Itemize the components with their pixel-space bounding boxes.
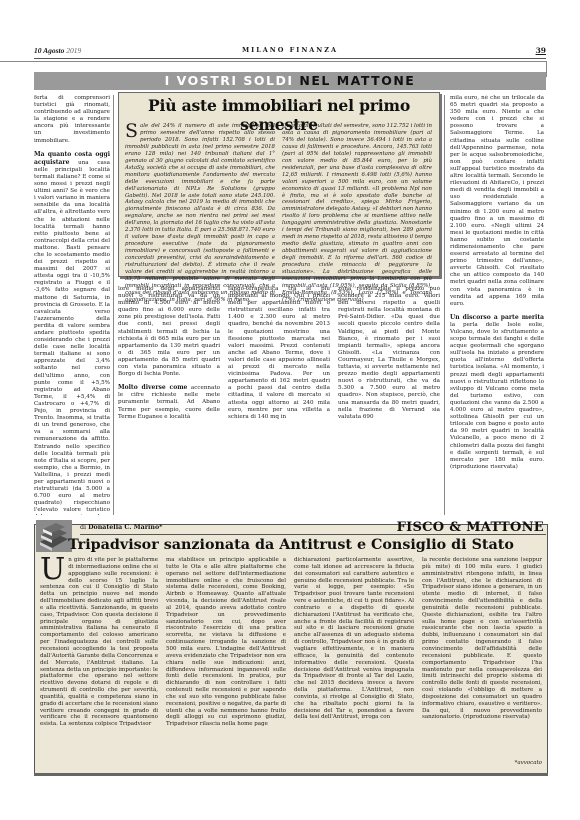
section-banner-part1: I VOSTRI SOLDI — [165, 73, 294, 88]
article-box-column-1: Sale del 24% il numero di aste immobilia… — [125, 123, 275, 304]
drop-cap: S — [125, 124, 138, 139]
paragraph: Un discorso a parte merita la perla dell… — [450, 314, 544, 471]
section-banner-part2: NEL MATTONE — [299, 73, 415, 88]
paragraph-lead: Molto diverse come — [118, 384, 187, 391]
section-rule — [80, 534, 546, 535]
frame-rule — [546, 61, 547, 77]
article2-column-2: ma stabilisce un principio applicabile a… — [166, 557, 286, 769]
paragraph: zona residenziale il prezzo può scendere… — [338, 286, 440, 421]
paragraph: lore medio degli appartamenti nuovi o ri… — [118, 286, 220, 378]
main-article-column-mid-a: lore medio degli appartamenti nuovi o ri… — [118, 286, 220, 516]
column-rule — [444, 95, 445, 515]
main-article-column-right: mila euro, né che un trilocale da 65 met… — [450, 95, 544, 515]
column-rule — [113, 95, 114, 515]
byline-prefix: di — [80, 524, 86, 531]
article2-column-3: dichiarazioni particolarmente assertive,… — [294, 557, 414, 769]
main-article-column-mid-c: zona residenziale il prezzo può scendere… — [338, 286, 440, 516]
main-article-column-left: ferta di comprensori turistici già rinom… — [34, 95, 110, 515]
paragraph-text: ma stabilisce un principio applicabile a… — [166, 557, 286, 727]
running-header: 10 Agosto 2019 MILANO FINANZA 39 — [34, 44, 546, 59]
author-signature: *avvocato — [422, 760, 542, 767]
paragraph: mila euro, né che un trilocale da 65 met… — [450, 95, 544, 308]
page-number: 39 — [536, 46, 546, 55]
article2-column-4: la recente decisione una sanzione (seppu… — [422, 557, 542, 761]
paragraph-text: ale del 24% il numero di aste immobiliar… — [125, 123, 275, 303]
article2-column-1: Un giro di vite per le piattaforme di in… — [40, 557, 158, 769]
article-title: Tripadvisor sanzionata da Antitrust e Co… — [34, 537, 548, 553]
paragraph-text: dichiarazioni particolarmente assertive,… — [294, 557, 414, 720]
section-kicker: FISCO & MATTONE — [397, 520, 544, 535]
paragraph: fango-terapeutica tra le più importanti … — [228, 286, 330, 421]
paragraph: ferta di comprensori turistici già rinom… — [34, 95, 110, 145]
paragraph: Molto diverse come accennato le cifre ri… — [118, 384, 220, 420]
section-banner: I VOSTRI SOLDI NEL MATTONE — [34, 72, 546, 90]
paragraph-text: Quanto ai risultati del semestre, sono 1… — [282, 123, 432, 303]
author-name: Donatella C. Marino* — [88, 524, 162, 531]
paragraph: Ma quanto costa oggi acquistare una casa… — [34, 151, 110, 515]
main-article-column-mid-b: fango-terapeutica tra le più importanti … — [228, 286, 330, 516]
article-box-aste: Più aste immobiliari nel primo semestre … — [118, 92, 440, 277]
frame-rule — [0, 61, 546, 62]
byline: di Donatella C. Marino* — [80, 524, 162, 531]
article-box-column-2: Quanto ai risultati del semestre, sono 1… — [282, 123, 432, 304]
drop-cap: U — [40, 558, 65, 582]
paragraph-text: la perla delle Isole eolie, Vulcano, dov… — [450, 322, 544, 470]
paragraph-text: una casa nelle principali località terma… — [34, 160, 110, 515]
section-bottom-bar — [34, 773, 548, 776]
masthead: MILANO FINANZA — [34, 46, 546, 54]
paragraph-lead: Un discorso a parte merita — [450, 314, 544, 321]
paragraph-text: la recente decisione una sanzione (seppu… — [422, 557, 542, 720]
